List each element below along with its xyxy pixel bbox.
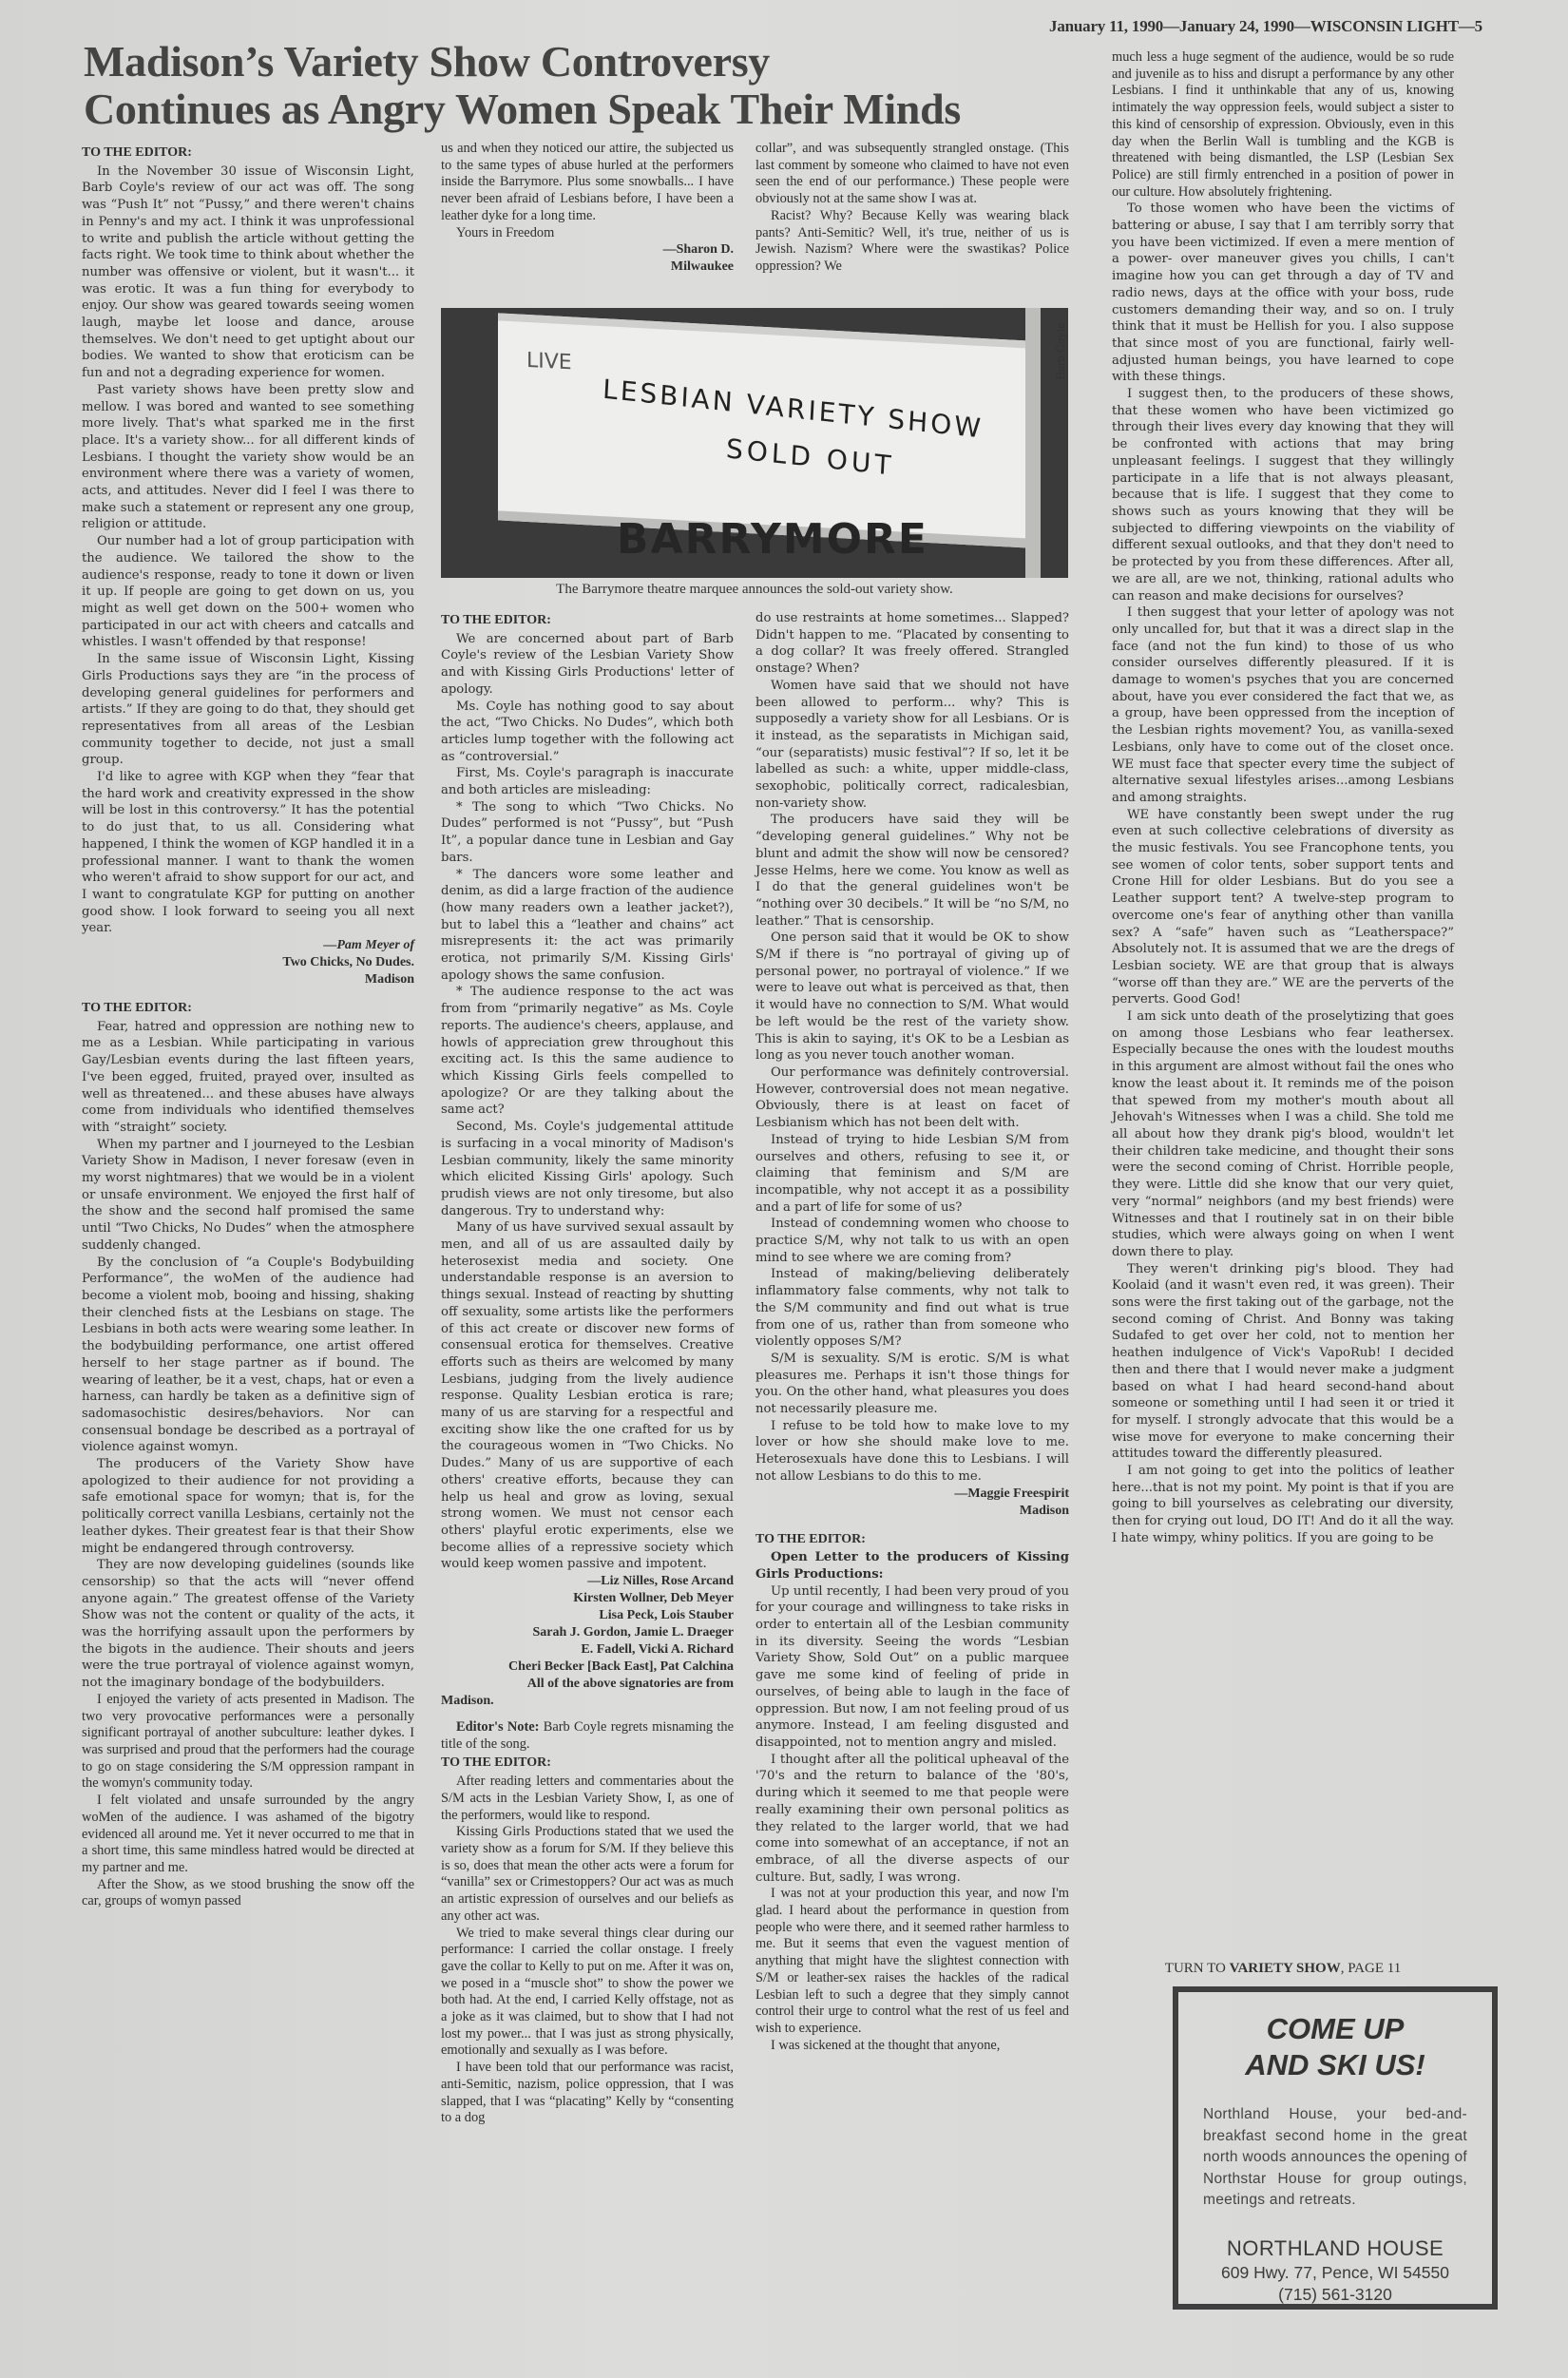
letter-3-heading: TO THE EDITOR:	[441, 612, 734, 629]
marquee-board: LIVE LESBIAN VARIETY SHOW SOLD OUT	[498, 313, 1030, 547]
letter-2-paragraph: By the conclusion of “a Couple's Bodybui…	[82, 1255, 414, 1456]
jump-prefix: TURN TO	[1165, 1961, 1230, 1976]
editors-note-label: Editor's Note:	[456, 1719, 539, 1735]
barrymore-sign: BARRYMORE	[617, 515, 902, 567]
letter-3-paragraph: * The audience response to the act was f…	[441, 984, 734, 1119]
letter-1-paragraph: Past variety shows have been pretty slow…	[82, 382, 414, 533]
letter-3-paragraph: First, Ms. Coyle's paragraph is inaccura…	[441, 765, 734, 798]
page-headline: Madison’s Variety Show Controversy Conti…	[84, 38, 1138, 133]
headline-line-1: Madison’s Variety Show Controversy	[84, 38, 1138, 86]
letter-4-continued: Instead of trying to hide Lesbian S/M fr…	[755, 1132, 1069, 1217]
column-3-top: collar”, and was subsequently strangled …	[755, 141, 1069, 276]
ad-address: 609 Hwy. 77, Pence, WI 54550	[1178, 2263, 1492, 2283]
column-3-bottom: do use restraints at home sometimes... S…	[755, 610, 1069, 2054]
letter-4-paragraph: After reading letters and commentaries a…	[441, 1774, 734, 1824]
marquee-photo: LIVE LESBIAN VARIETY SHOW SOLD OUT BARRY…	[441, 308, 1068, 578]
letter-4-continued: Instead of making/believing deliberately…	[755, 1266, 1069, 1351]
photo-pole	[1025, 308, 1041, 578]
letter-3-paragraph: We are concerned about part of Barb Coyl…	[441, 631, 734, 699]
letter-2-continued: us and when they noticed our attire, the…	[441, 141, 734, 225]
letter-3-signature: —Liz Nilles, Rose Arcand	[441, 1573, 734, 1590]
column-2-bottom: TO THE EDITOR: We are concerned about pa…	[441, 610, 734, 2127]
letter-5-continued: I am sick unto death of the proselytizin…	[1112, 1008, 1454, 1261]
letter-5-continued: I then suggest that your letter of apolo…	[1112, 604, 1454, 806]
letter-5-continued: I am not going to get into the politics …	[1112, 1463, 1454, 1547]
letter-4-paragraph: I have been told that our performance wa…	[441, 2060, 734, 2127]
jump-target: VARIETY SHOW	[1230, 1961, 1341, 1976]
letter-2-closing: Yours in Freedom	[441, 225, 734, 242]
ad-headline: COME UP AND SKI US!	[1178, 2011, 1492, 2083]
column-4: much less a huge segment of the audience…	[1112, 49, 1454, 1547]
letter-4-continued: One person said that it would be OK to s…	[755, 930, 1069, 1064]
letter-4-continued: do use restraints at home sometimes... S…	[755, 610, 1069, 678]
letter-2-signature: —Sharon D.	[441, 241, 734, 259]
letter-4-continued: collar”, and was subsequently strangled …	[755, 141, 1069, 208]
jump-suffix: , PAGE 11	[1341, 1961, 1402, 1976]
letter-3-paragraph: Many of us have survived sexual assault …	[441, 1219, 734, 1573]
letter-2-paragraph: I enjoyed the variety of acts presented …	[82, 1692, 414, 1793]
letter-2-paragraph: They are now developing guidelines (soun…	[82, 1557, 414, 1692]
letter-2-paragraph: When my partner and I journeyed to the L…	[82, 1137, 414, 1255]
letter-3-paragraph: * The song to which “Two Chicks. No Dude…	[441, 799, 734, 867]
letter-2-paragraph: After the Show, as we stood brushing the…	[82, 1877, 414, 1910]
ad-phone: (715) 561-3120	[1178, 2285, 1492, 2305]
letter-5-continued: I suggest then, to the producers of thes…	[1112, 386, 1454, 604]
column-2-top: us and when they noticed our attire, the…	[441, 141, 734, 276]
marquee-live-text: LIVE	[526, 351, 555, 374]
editors-note: Editor's Note: Barb Coyle regrets misnam…	[441, 1719, 734, 1753]
ad-business-name: NORTHLAND HOUSE	[1178, 2236, 1492, 2261]
letter-5-paragraph: Up until recently, I had been very proud…	[755, 1583, 1069, 1752]
letter-2-paragraph: The producers of the Variety Show have a…	[82, 1456, 414, 1557]
letter-4-continued: Racist? Why? Because Kelly was wearing b…	[755, 208, 1069, 276]
letter-1-paragraph: Our number had a lot of group participat…	[82, 533, 414, 651]
letter-1-paragraph: In the same issue of Wisconsin Light, Ki…	[82, 651, 414, 769]
letter-4-continued: The producers have said they will be “de…	[755, 812, 1069, 930]
letter-1-signature: Madison	[82, 971, 414, 988]
headline-line-2: Continues as Angry Women Speak Their Min…	[84, 86, 1138, 133]
jump-line[interactable]: TURN TO VARIETY SHOW, PAGE 11	[1112, 1961, 1454, 1977]
northland-house-ad: COME UP AND SKI US! Northland House, you…	[1173, 1986, 1498, 2310]
letter-3-signature: Sarah J. Gordon, Jamie L. Draeger	[441, 1624, 734, 1641]
letter-1-heading: TO THE EDITOR:	[82, 144, 414, 162]
photo-credit: Barb Coyle	[1053, 323, 1068, 380]
ad-body: Northland House, your bed-and-breakfast …	[1203, 2104, 1467, 2212]
marquee-line-1: LESBIAN VARIETY SHOW	[602, 374, 984, 445]
letter-2-paragraph: Fear, hatred and oppression are nothing …	[82, 1019, 414, 1137]
letter-5-continued: WE have constantly been swept under the …	[1112, 807, 1454, 1008]
letter-5-paragraph: I thought after all the political upheav…	[755, 1752, 1069, 1887]
letter-4-continued: Instead of condemning women who choose t…	[755, 1216, 1069, 1266]
letter-1-paragraph: In the November 30 issue of Wisconsin Li…	[82, 163, 414, 382]
photo-caption: The Barrymore theatre marquee announces …	[441, 582, 1068, 598]
letter-4-signature: Madison	[755, 1503, 1069, 1520]
letter-2-heading: TO THE EDITOR:	[82, 1000, 414, 1017]
letter-3-paragraph: Second, Ms. Coyle's judgemental attitude…	[441, 1119, 734, 1219]
letter-5-continued: They weren't drinking pig's blood. They …	[1112, 1261, 1454, 1463]
letter-4-paragraph: Kissing Girls Productions stated that we…	[441, 1824, 734, 1925]
ad-headline-line-1: COME UP	[1178, 2011, 1492, 2047]
letter-3-signature: All of the above signatories are from	[441, 1676, 734, 1693]
letter-5-subheading: Open Letter to the producers of Kissing …	[755, 1549, 1069, 1582]
letter-4-continued: I refuse to be told how to make love to …	[755, 1418, 1069, 1486]
letter-5-paragraph: I was sickened at the thought that anyon…	[755, 2038, 1069, 2055]
letter-3-signature: Madison.	[441, 1693, 734, 1710]
newspaper-page: January 11, 1990—January 24, 1990—WISCON…	[0, 0, 1568, 2378]
letter-4-continued: Women have said that we should not have …	[755, 678, 1069, 813]
letter-3-paragraph: * The dancers wore some leather and deni…	[441, 867, 734, 985]
letter-1-signature: —Pam Meyer of	[82, 937, 414, 954]
letter-4-signature: —Maggie Freespirit	[755, 1486, 1069, 1503]
ad-headline-line-2: AND SKI US!	[1178, 2047, 1492, 2083]
letter-2-paragraph: I felt violated and unsafe surrounded by…	[82, 1793, 414, 1877]
column-1: TO THE EDITOR: In the November 30 issue …	[82, 143, 414, 1910]
letter-3-signature: Kirsten Wollner, Deb Meyer	[441, 1590, 734, 1607]
letter-3-signature: E. Fadell, Vicki A. Richard	[441, 1641, 734, 1659]
letter-4-continued: Our performance was definitely controver…	[755, 1064, 1069, 1132]
marquee-line-2: SOLD OUT	[725, 432, 895, 481]
letter-1-signature: Two Chicks, No Dudes.	[82, 954, 414, 971]
letter-4-paragraph: We tried to make several things clear du…	[441, 1926, 734, 2061]
letter-3-paragraph: Ms. Coyle has nothing good to say about …	[441, 699, 734, 766]
letter-4-continued: S/M is sexuality. S/M is erotic. S/M is …	[755, 1351, 1069, 1418]
letter-2-signature: Milwaukee	[441, 259, 734, 276]
letter-3-signature: Cheri Becker [Back East], Pat Calchina	[441, 1659, 734, 1676]
page-folio: January 11, 1990—January 24, 1990—WISCON…	[1049, 17, 1482, 36]
letter-5-continued: much less a huge segment of the audience…	[1112, 49, 1454, 201]
letter-3-signature: Lisa Peck, Lois Stauber	[441, 1607, 734, 1624]
letter-5-heading: TO THE EDITOR:	[755, 1531, 1069, 1548]
letter-4-heading: TO THE EDITOR:	[441, 1755, 734, 1772]
letter-1-paragraph: I'd like to agree with KGP when they “fe…	[82, 769, 414, 937]
letter-5-paragraph: I was not at your production this year, …	[755, 1886, 1069, 2037]
letter-5-continued: To those women who have been the victims…	[1112, 201, 1454, 386]
